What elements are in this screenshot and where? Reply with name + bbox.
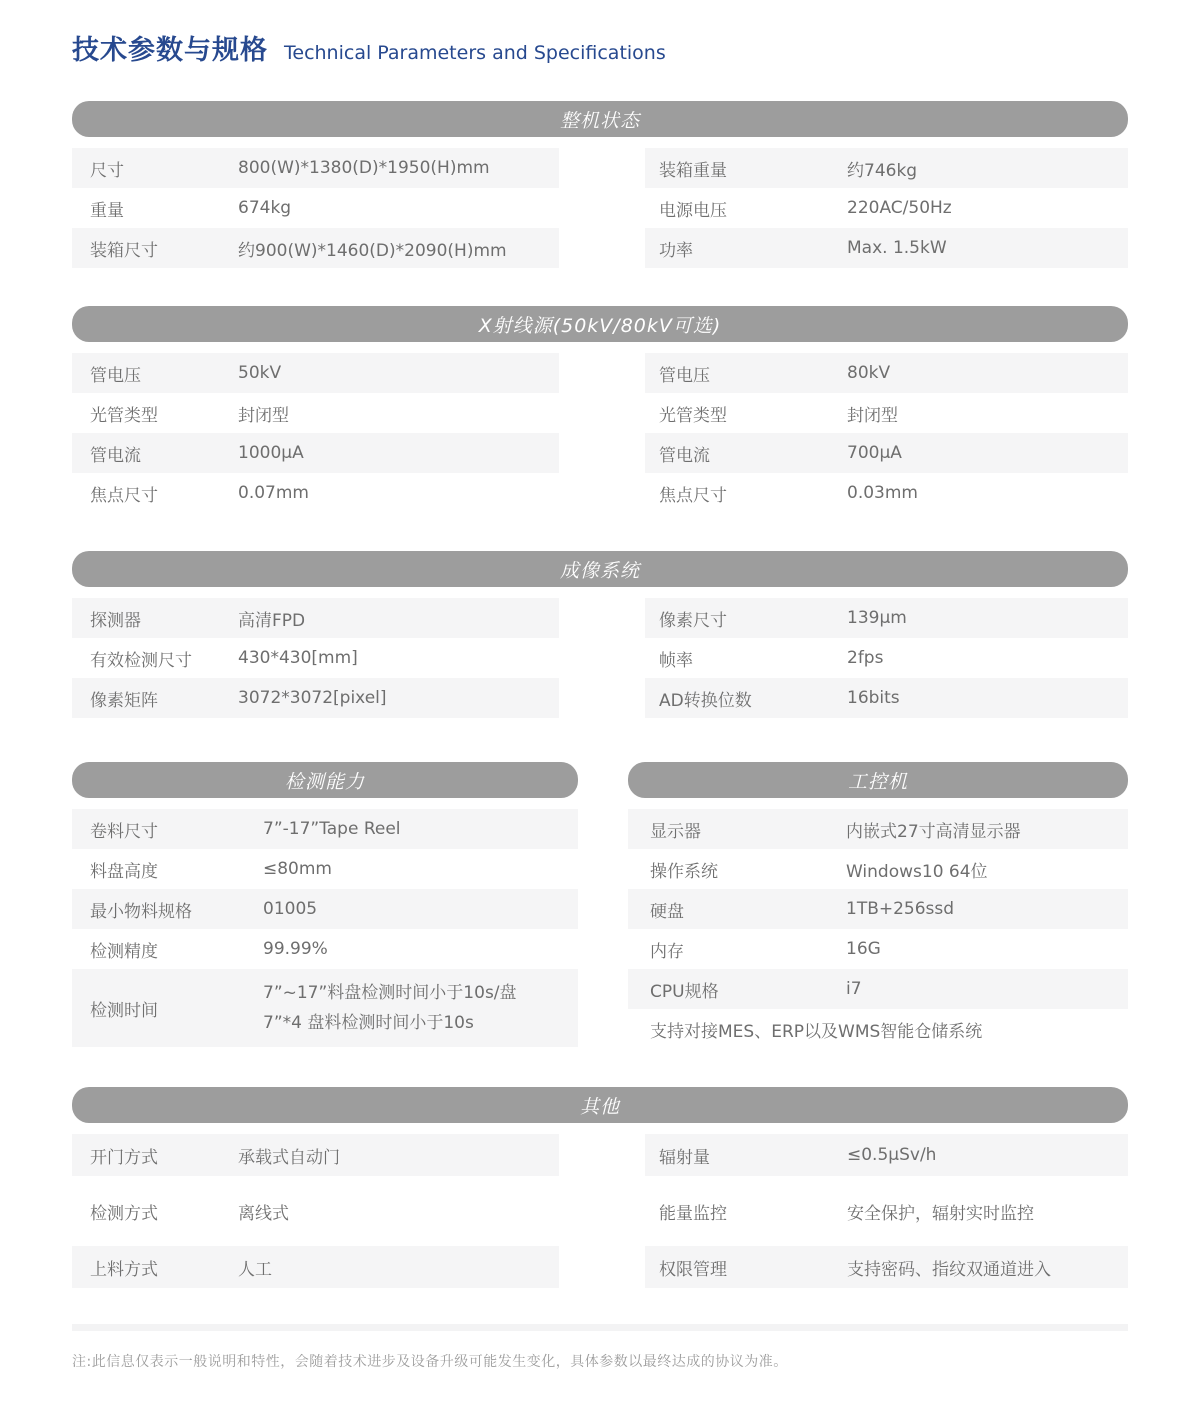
section-title: 成像系统 [560,556,640,583]
table-row: 检测方式 离线式 [72,1190,559,1232]
table-row: 焦点尺寸 0.03mm [645,473,1128,513]
spec-value-line1: 7”~17”料盘检测时间小于10s/盘 [263,978,570,1008]
section-imaging-system: 成像系统 探测器 高清FPD 有效检测尺寸 430*430[mm] 像素矩阵 3… [72,551,1128,718]
table-row: 内存 16G [628,929,1128,969]
page-title-cn: 技术参数与规格 [72,28,268,67]
table-row: 权限管理 支持密码、指纹双通道进入 [645,1246,1128,1288]
spec-label: 辐射量 [659,1143,847,1168]
other-left-table: 开门方式 承载式自动门 检测方式 离线式 上料方式 人工 [72,1134,559,1288]
section-header-bar: 整机状态 [72,101,1128,137]
spec-label: 帧率 [659,646,847,671]
spec-label: 电源电压 [659,196,847,221]
section-header-bar: 其他 [72,1087,1128,1123]
footer-divider [72,1324,1128,1331]
spec-label: 功率 [659,236,847,261]
spec-label: 管电压 [90,361,238,386]
spec-sheet-page: 技术参数与规格 Technical Parameters and Specifi… [0,0,1200,1411]
spec-label: 像素尺寸 [659,606,847,631]
table-row: 卷料尺寸 7”-17”Tape Reel [72,809,578,849]
spec-value: 1000μA [238,443,559,463]
spec-label: 像素矩阵 [90,686,238,711]
section-title: 其他 [580,1092,620,1119]
spec-label: 检测方式 [90,1199,238,1224]
spec-value: 139μm [847,608,1128,628]
spec-value: 内嵌式27寸高清显示器 [846,817,1128,842]
spec-label: 管电压 [659,361,847,386]
spec-value: ≤80mm [263,859,578,879]
table-row: 最小物料规格 01005 [72,889,578,929]
spec-value-line2: 7”*4 盘料检测时间小于10s [263,1008,570,1038]
table-row: 开门方式 承载式自动门 [72,1134,559,1176]
section-title: 检测能力 [285,767,365,794]
spec-value: 支持密码、指纹双通道进入 [847,1255,1128,1280]
ipc-integration-note: 支持对接MES、ERP以及WMS智能仓储系统 [628,1009,1128,1049]
spec-label: 显示器 [650,817,846,842]
table-row: 装箱尺寸 约900(W)*1460(D)*2090(H)mm [72,228,559,268]
table-row: 光管类型 封闭型 [72,393,559,433]
table-row: 能量监控 安全保护，辐射实时监控 [645,1190,1128,1232]
table-row: 装箱重量 约746kg [645,148,1128,188]
table-row: 像素尺寸 139μm [645,598,1128,638]
table-row: CPU规格 i7 [628,969,1128,1009]
spec-value: 高清FPD [238,606,559,631]
dual-section-tables: 卷料尺寸 7”-17”Tape Reel 料盘高度 ≤80mm 最小物料规格 0… [72,809,1128,1049]
table-row: 重量 674kg [72,188,559,228]
spec-value: 3072*3072[pixel] [238,688,559,708]
spec-label: 探测器 [90,606,238,631]
spec-value: 01005 [263,899,578,919]
spec-value: Max. 1.5kW [847,238,1128,258]
spec-label: 操作系统 [650,857,846,882]
imaging-left-table: 探测器 高清FPD 有效检测尺寸 430*430[mm] 像素矩阵 3072*3… [72,598,559,718]
spec-value: 674kg [238,198,559,218]
spec-label: 上料方式 [90,1255,238,1280]
spec-label: 硬盘 [650,897,846,922]
spec-label: 内存 [650,937,846,962]
spec-label: 能量监控 [659,1199,847,1224]
spec-value: i7 [846,979,1128,999]
overall-right-table: 装箱重量 约746kg 电源电压 220AC/50Hz 功率 Max. 1.5k… [645,148,1128,268]
spec-value: 430*430[mm] [238,648,559,668]
xray-right-table: 管电压 80kV 光管类型 封闭型 管电流 700μA 焦点尺寸 0.03mm [645,353,1128,513]
table-row: 功率 Max. 1.5kW [645,228,1128,268]
spec-label: 焦点尺寸 [659,481,847,506]
spec-value: 50kV [238,363,559,383]
spec-label: 有效检测尺寸 [90,646,238,671]
section-header-bar: X射线源(50kV/80kV可选) [72,306,1128,342]
spec-value: 1TB+256ssd [846,899,1128,919]
spec-label: 管电流 [659,441,847,466]
page-title: 技术参数与规格 Technical Parameters and Specifi… [72,28,1128,67]
table-row: 帧率 2fps [645,638,1128,678]
table-row: 光管类型 封闭型 [645,393,1128,433]
spec-value: 封闭型 [847,401,1128,426]
spec-value: 离线式 [238,1199,559,1224]
spec-label: 装箱重量 [659,156,847,181]
page-title-en: Technical Parameters and Specifications [284,42,666,64]
spec-label: 权限管理 [659,1255,847,1280]
table-row: 操作系统 Windows10 64位 [628,849,1128,889]
spec-label: 最小物料规格 [90,897,263,922]
table-row: 管电压 50kV [72,353,559,393]
spec-label: 开门方式 [90,1143,238,1168]
table-row: 管电压 80kV [645,353,1128,393]
spec-label: 光管类型 [90,401,238,426]
table-row: 管电流 700μA [645,433,1128,473]
section-title: X射线源(50kV/80kV可选) [479,311,722,338]
section-other: 其他 开门方式 承载式自动门 检测方式 离线式 上料方式 人工 辐射量 [72,1087,1128,1288]
table-row: 检测精度 99.99% [72,929,578,969]
spec-label: 检测时间 [90,996,263,1021]
spec-value: 约746kg [847,156,1128,181]
spec-label: 卷料尺寸 [90,817,263,842]
table-row: AD转换位数 16bits [645,678,1128,718]
imaging-right-table: 像素尺寸 139μm 帧率 2fps AD转换位数 16bits [645,598,1128,718]
spec-value: 2fps [847,648,1128,668]
spec-value: 封闭型 [238,401,559,426]
spec-label: 管电流 [90,441,238,466]
spec-label: AD转换位数 [659,686,847,711]
section-title: 整机状态 [560,106,640,133]
spec-value: 承载式自动门 [238,1143,559,1168]
section-header-bar: 成像系统 [72,551,1128,587]
spec-label: 料盘高度 [90,857,263,882]
table-row: 检测时间 7”~17”料盘检测时间小于10s/盘 7”*4 盘料检测时间小于10… [72,969,578,1047]
spec-value: 7”-17”Tape Reel [263,819,578,839]
spec-value: 人工 [238,1255,559,1280]
spec-label: 焦点尺寸 [90,481,238,506]
table-row: 像素矩阵 3072*3072[pixel] [72,678,559,718]
ipc-table: 显示器 内嵌式27寸高清显示器 操作系统 Windows10 64位 硬盘 1T… [628,809,1128,1049]
section-overall-status: 整机状态 尺寸 800(W)*1380(D)*1950(H)mm 重量 674k… [72,101,1128,268]
section-title: 工控机 [848,767,908,794]
section-header-bar: 检测能力 [72,762,578,798]
xray-left-table: 管电压 50kV 光管类型 封闭型 管电流 1000μA 焦点尺寸 0.07mm [72,353,559,513]
spec-value: 99.99% [263,939,578,959]
spec-label: 重量 [90,196,238,221]
spec-value: 16bits [847,688,1128,708]
spec-value: 0.03mm [847,483,1128,503]
table-row: 探测器 高清FPD [72,598,559,638]
spec-label: 装箱尺寸 [90,236,238,261]
table-row: 尺寸 800(W)*1380(D)*1950(H)mm [72,148,559,188]
other-right-table: 辐射量 ≤0.5μSv/h 能量监控 安全保护，辐射实时监控 权限管理 支持密码… [645,1134,1128,1288]
footnote: 注:此信息仅表示一般说明和特性，会随着技术进步及设备升级可能发生变化，具体参数以… [72,1351,1128,1371]
table-row: 辐射量 ≤0.5μSv/h [645,1134,1128,1176]
spec-value: 700μA [847,443,1128,463]
spec-value: 220AC/50Hz [847,198,1128,218]
table-row: 管电流 1000μA [72,433,559,473]
spec-value: Windows10 64位 [846,857,1128,882]
section-header-bar: 工控机 [628,762,1128,798]
overall-left-table: 尺寸 800(W)*1380(D)*1950(H)mm 重量 674kg 装箱尺… [72,148,559,268]
spec-value: 约900(W)*1460(D)*2090(H)mm [238,236,559,261]
spec-label: 检测精度 [90,937,263,962]
spec-value: 安全保护，辐射实时监控 [847,1199,1128,1224]
dual-section-headers: 检测能力 工控机 [72,762,1128,798]
spec-value: 800(W)*1380(D)*1950(H)mm [238,158,559,178]
table-row: 硬盘 1TB+256ssd [628,889,1128,929]
table-row: 焦点尺寸 0.07mm [72,473,559,513]
spec-label: CPU规格 [650,977,846,1002]
spec-label: 尺寸 [90,156,238,181]
table-row: 电源电压 220AC/50Hz [645,188,1128,228]
table-row: 上料方式 人工 [72,1246,559,1288]
table-row: 有效检测尺寸 430*430[mm] [72,638,559,678]
spec-value: 0.07mm [238,483,559,503]
spec-value: 80kV [847,363,1128,383]
spec-label: 光管类型 [659,401,847,426]
spec-value: ≤0.5μSv/h [847,1145,1128,1165]
capability-table: 卷料尺寸 7”-17”Tape Reel 料盘高度 ≤80mm 最小物料规格 0… [72,809,578,1049]
section-xray-source: X射线源(50kV/80kV可选) 管电压 50kV 光管类型 封闭型 管电流 … [72,306,1128,513]
spec-value: 16G [846,939,1128,959]
table-row: 显示器 内嵌式27寸高清显示器 [628,809,1128,849]
table-row: 料盘高度 ≤80mm [72,849,578,889]
